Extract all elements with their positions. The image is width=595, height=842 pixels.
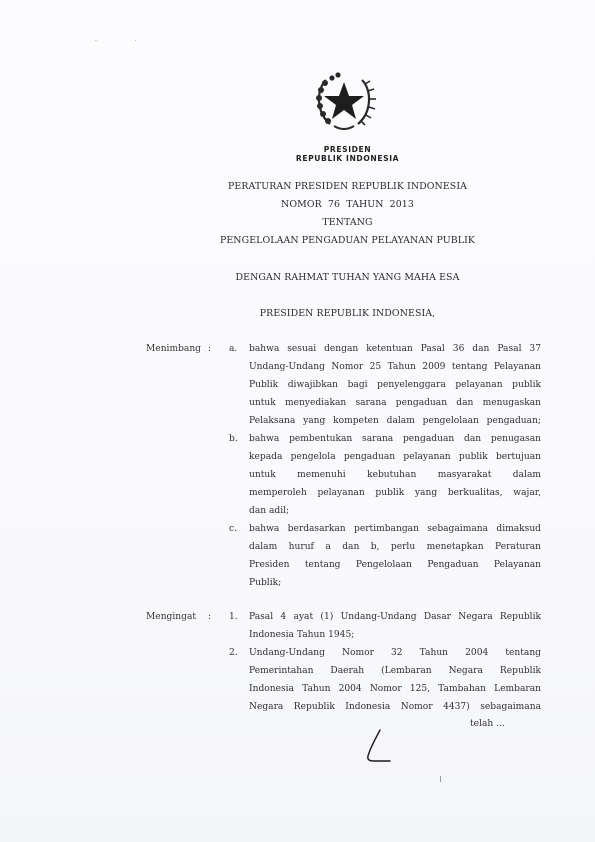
mengingat-label: Mengingat (146, 612, 196, 622)
text-line: Publik; (249, 574, 541, 592)
issuer: PRESIDEN REPUBLIK INDONESIA, (0, 308, 595, 319)
text-line: Indonesia Tahun 2004 Nomor 125, Tambahan… (249, 680, 541, 698)
handwritten-paraph-icon (362, 728, 392, 764)
menimbang-label: Menimbang (146, 344, 201, 354)
regulation-title: PERATURAN PRESIDEN REPUBLIK INDONESIA (0, 181, 595, 192)
text-line: Indonesia Tahun 1945; (249, 626, 541, 644)
continuation-text: telah ... (470, 719, 505, 729)
regulation-subject: PENGELOLAAN PENGADUAN PELAYANAN PUBLIK (0, 235, 595, 246)
mengingat-2-text: Undang-Undang Nomor 32 Tahun 2004 tentan… (249, 644, 541, 716)
text-line: Undang-Undang Nomor 32 Tahun 2004 tentan… (249, 644, 541, 662)
mengingat-1-marker: 1. (229, 612, 238, 622)
menimbang-c-marker: c. (229, 524, 237, 534)
menimbang-c-text: bahwa berdasarkan pertimbangan sebagaima… (249, 520, 541, 592)
regulation-about-label: TENTANG (0, 217, 595, 228)
text-line: Negara Republik Indonesia Nomor 4437) se… (249, 698, 541, 716)
menimbang-b-marker: b. (229, 434, 238, 444)
scan-specks: · · (95, 38, 155, 45)
text-line: dalam huruf a dan b, perlu menetapkan Pe… (249, 538, 541, 556)
text-line: Pelaksana yang kompeten dalam pengelolaa… (249, 412, 541, 430)
text-line: bahwa pembentukan sarana pengaduan dan p… (249, 430, 541, 448)
office-line-2: REPUBLIK INDONESIA (0, 154, 595, 163)
text-line: bahwa sesuai dengan ketentuan Pasal 36 d… (249, 340, 541, 358)
text-line: Publik diwajibkan bagi penyelenggara pel… (249, 376, 541, 394)
document-page: · · PRESIDEN REPUBLIK INDONESIA PERATURA… (0, 0, 595, 842)
menimbang-b-text: bahwa pembentukan sarana pengaduan dan p… (249, 430, 541, 520)
menimbang-colon: : (208, 344, 211, 354)
mengingat-2-marker: 2. (229, 648, 238, 658)
text-line: bahwa berdasarkan pertimbangan sebagaima… (249, 520, 541, 538)
text-line: kepada pengelola pengaduan pelayanan pub… (249, 448, 541, 466)
office-line-1: PRESIDEN (0, 145, 595, 154)
text-line: untuk memenuhi kebutuhan masyarakat dala… (249, 466, 541, 484)
text-line: Presiden tentang Pengelolaan Pengaduan P… (249, 556, 541, 574)
text-line: memperoleh pelayanan publik yang berkual… (249, 484, 541, 502)
text-line: dan adil; (249, 502, 541, 520)
text-line: untuk menyediakan sarana pengaduan dan m… (249, 394, 541, 412)
regulation-number: NOMOR 76 TAHUN 2013 (0, 199, 595, 210)
text-line: Pasal 4 ayat (1) Undang-Undang Dasar Neg… (249, 608, 541, 626)
mengingat-colon: : (208, 612, 211, 622)
garuda-star-emblem-icon (308, 66, 380, 138)
invocation: DENGAN RAHMAT TUHAN YANG MAHA ESA (0, 272, 595, 283)
text-line: Pemerintahan Daerah (Lembaran Negara Rep… (249, 662, 541, 680)
text-line: Undang-Undang Nomor 25 Tahun 2009 tentan… (249, 358, 541, 376)
mengingat-1-text: Pasal 4 ayat (1) Undang-Undang Dasar Neg… (249, 608, 541, 644)
menimbang-a-marker: a. (229, 344, 237, 354)
menimbang-a-text: bahwa sesuai dengan ketentuan Pasal 36 d… (249, 340, 541, 430)
scan-mark (440, 776, 441, 782)
